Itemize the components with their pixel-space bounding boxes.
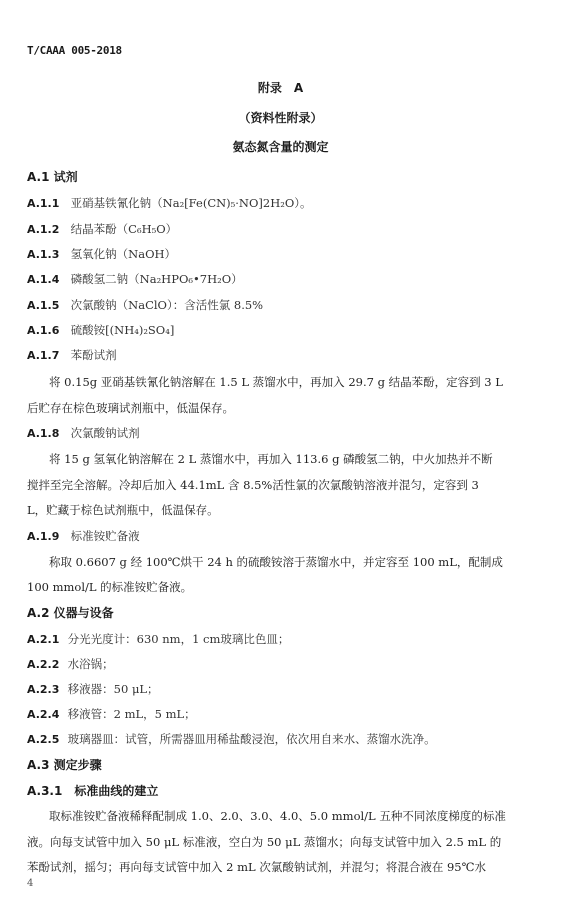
item-text: 玻璃器皿：试管，所需器皿用稀盐酸浸泡，依次用自来水、蒸馏水洗净。 bbox=[68, 732, 436, 746]
item-number: A.1.3 bbox=[27, 248, 67, 261]
item-text: 次氯酸钠（NaClO）：含活性氯 8.5% bbox=[71, 298, 263, 312]
list-item: A.1.4 磷酸氢二钠（Na₂HPO₆•7H₂O） bbox=[27, 271, 243, 287]
item-text: 亚硝基铁氰化钠（Na₂[Fe(CN)₅·NO]2H₂O）。 bbox=[71, 196, 312, 210]
list-item: A.1.5 次氯酸钠（NaClO）：含活性氯 8.5% bbox=[27, 297, 263, 313]
list-item: A.1.8 次氯酸钠试剂 bbox=[27, 425, 140, 441]
appendix-subject: 氨态氮含量的测定 bbox=[0, 138, 561, 155]
section-heading-a2: A.2 仪器与设备 bbox=[27, 604, 114, 621]
list-item: A.1.6 硫酸铵[(NH₄)₂SO₄] bbox=[27, 322, 174, 338]
list-item: A.2.3 移液器：50 μL； bbox=[27, 681, 159, 697]
item-number: A.2.3 bbox=[27, 683, 64, 696]
item-number: A.1.6 bbox=[27, 324, 67, 337]
paragraph-line: 将 15 g 氢氧化钠溶解在 2 L 蒸馏水中，再加入 113.6 g 磷酸氢二… bbox=[27, 451, 493, 467]
item-number: A.2.1 bbox=[27, 633, 64, 646]
section-heading-a3: A.3 测定步骤 bbox=[27, 756, 102, 773]
page-number: 4 bbox=[27, 878, 33, 889]
item-number: A.1.9 bbox=[27, 530, 67, 543]
item-number: A.2.2 bbox=[27, 658, 64, 671]
item-text: 磷酸氢二钠（Na₂HPO₆•7H₂O） bbox=[71, 272, 243, 286]
item-number: A.1.5 bbox=[27, 299, 67, 312]
subsection-heading-a31: A.3.1 标准曲线的建立 bbox=[27, 782, 158, 799]
item-text: 水浴锅； bbox=[68, 657, 114, 671]
paragraph-line: 后贮存在棕色玻璃试剂瓶中，低温保存。 bbox=[27, 400, 234, 416]
list-item: A.1.1 亚硝基铁氰化钠（Na₂[Fe(CN)₅·NO]2H₂O）。 bbox=[27, 195, 312, 211]
item-number: A.1.2 bbox=[27, 223, 67, 236]
list-item: A.2.5 玻璃器皿：试管，所需器皿用稀盐酸浸泡，依次用自来水、蒸馏水洗净。 bbox=[27, 731, 436, 747]
paragraph-line: 搅拌至完全溶解。冷却后加入 44.1mL 含 8.5%活性氯的次氯酸钠溶液并混匀… bbox=[27, 477, 479, 493]
paragraph-line: 称取 0.6607 g 经 100℃烘干 24 h 的硫酸铵溶于蒸馏水中，并定容… bbox=[27, 554, 503, 570]
list-item: A.1.7 苯酚试剂 bbox=[27, 347, 117, 363]
item-text: 结晶苯酚（C₆H₅O） bbox=[71, 222, 177, 236]
paragraph-line: 100 mmol/L 的标准铵贮备液。 bbox=[27, 579, 192, 595]
list-item: A.2.2 水浴锅； bbox=[27, 656, 114, 672]
item-text: 次氯酸钠试剂 bbox=[71, 426, 140, 440]
item-number: A.1.7 bbox=[27, 349, 67, 362]
item-number: A.2.4 bbox=[27, 708, 64, 721]
item-number: A.1.1 bbox=[27, 197, 67, 210]
paragraph-line: 取标准铵贮备液稀释配制成 1.0、2.0、3.0、4.0、5.0 mmol/L … bbox=[27, 808, 506, 824]
item-text: 移液管：2 mL，5 mL； bbox=[68, 707, 196, 721]
appendix-title: 附录 A bbox=[0, 79, 561, 96]
appendix-type: （资料性附录） bbox=[0, 109, 561, 126]
item-text: 苯酚试剂 bbox=[71, 348, 117, 362]
list-item: A.2.1 分光光度计：630 nm，1 cm玻璃比色皿； bbox=[27, 631, 289, 647]
item-number: A.1.8 bbox=[27, 427, 67, 440]
item-number: A.1.4 bbox=[27, 273, 67, 286]
item-number: A.2.5 bbox=[27, 733, 64, 746]
item-text: 氢氧化钠（NaOH） bbox=[71, 247, 176, 261]
item-text: 硫酸铵[(NH₄)₂SO₄] bbox=[71, 323, 175, 337]
section-heading-a1: A.1 试剂 bbox=[27, 168, 78, 185]
list-item: A.2.4 移液管：2 mL，5 mL； bbox=[27, 706, 196, 722]
paragraph-line: 液。向每支试管中加入 50 μL 标准液，空白为 50 μL 蒸馏水；向每支试管… bbox=[27, 834, 501, 850]
list-item: A.1.2 结晶苯酚（C₆H₅O） bbox=[27, 221, 177, 237]
paragraph-line: 苯酚试剂，摇匀；再向每支试管中加入 2 mL 次氯酸钠试剂，并混匀；将混合液在 … bbox=[27, 859, 486, 875]
item-text: 移液器：50 μL； bbox=[68, 682, 159, 696]
paragraph-line: L，贮藏于棕色试剂瓶中，低温保存。 bbox=[27, 502, 219, 518]
item-text: 标准铵贮备液 bbox=[71, 529, 140, 543]
list-item: A.1.9 标准铵贮备液 bbox=[27, 528, 140, 544]
paragraph-line: 将 0.15g 亚硝基铁氰化钠溶解在 1.5 L 蒸馏水中，再加入 29.7 g… bbox=[27, 374, 503, 390]
document-number: T/CAAA 005-2018 bbox=[27, 44, 122, 57]
list-item: A.1.3 氢氧化钠（NaOH） bbox=[27, 246, 176, 262]
item-text: 分光光度计：630 nm，1 cm玻璃比色皿； bbox=[68, 632, 290, 646]
